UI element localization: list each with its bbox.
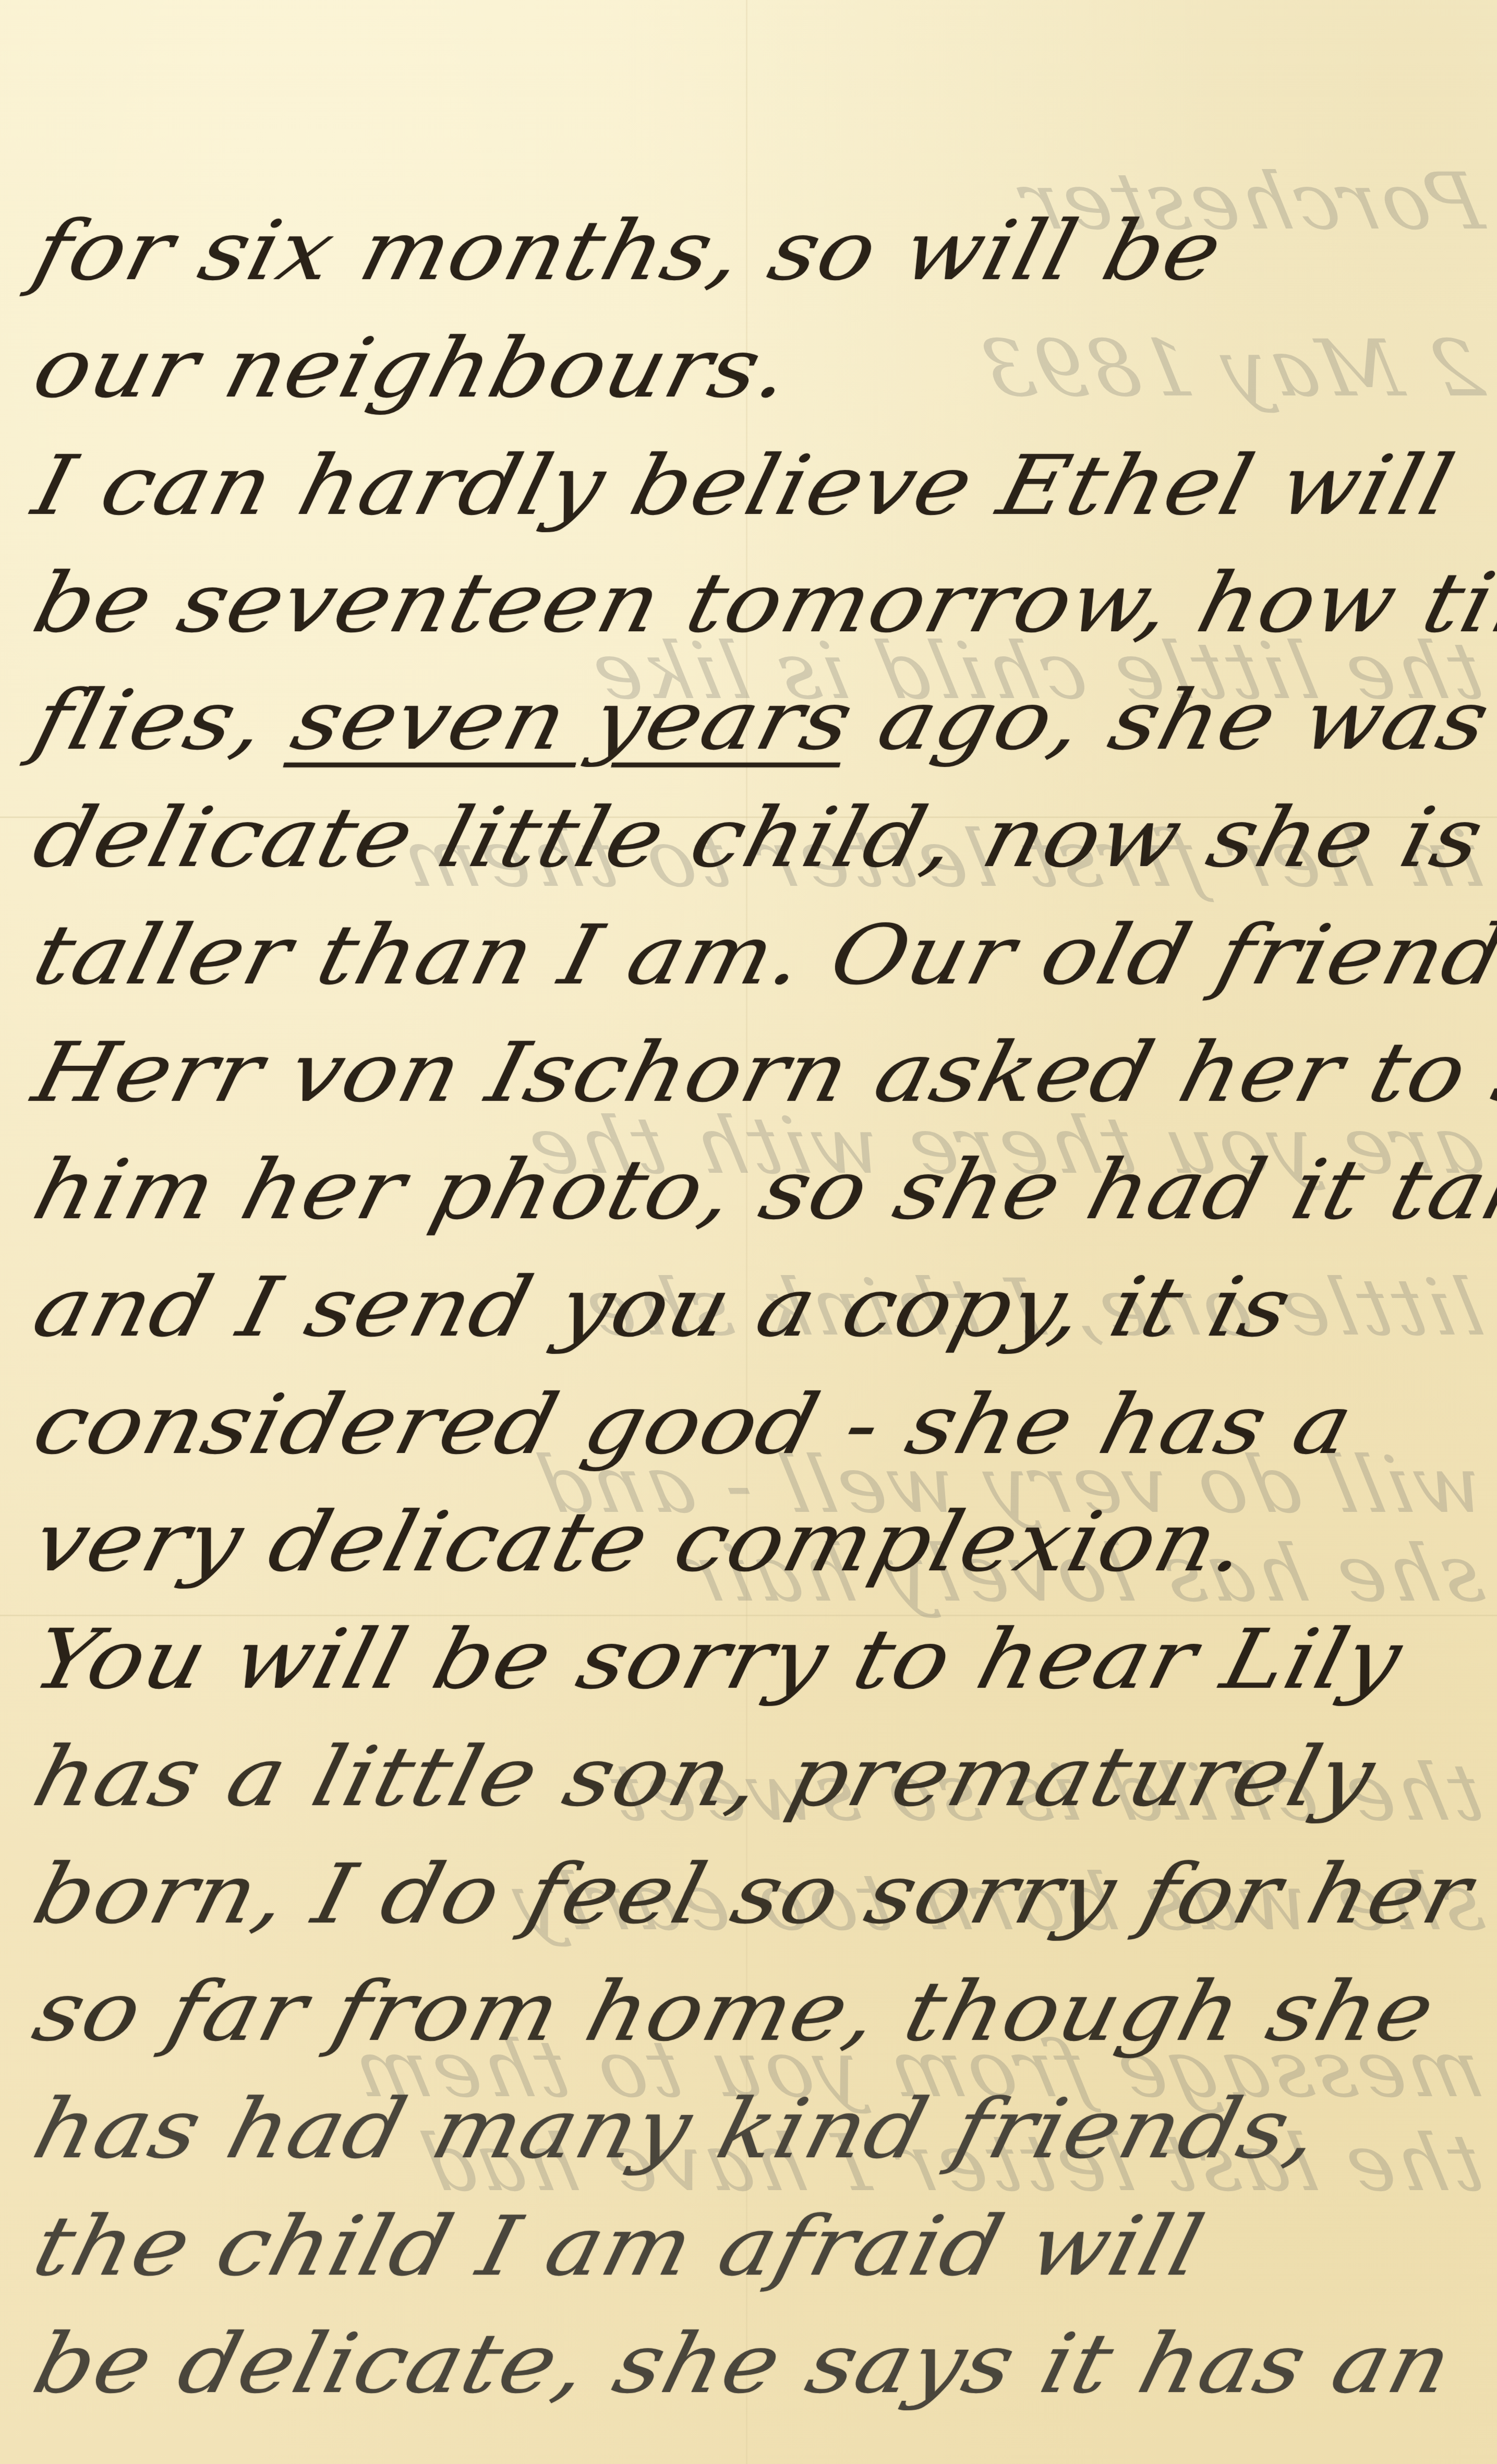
letter-line: and I send you a copy, it is xyxy=(26,1267,1496,1349)
letter-line: delicate little child, now she is xyxy=(26,797,1496,880)
letter-line: born, I do feel so sorry for her xyxy=(26,1854,1496,1936)
letter-line: has had many kind friends, xyxy=(26,2088,1496,2171)
letter-line: I can hardly believe Ethel will xyxy=(26,445,1496,527)
line-text: ago, she was a xyxy=(839,673,1497,768)
letter-line: be seventeen tomorrow, how time xyxy=(26,562,1496,645)
letter-line: very delicate complexion. xyxy=(26,1501,1496,1584)
letter-line: for six months, so will be xyxy=(26,210,1496,293)
letter-line: considered good - she has a xyxy=(26,1384,1496,1467)
letter-body: for six months, so will be our neighbour… xyxy=(0,0,1497,2464)
letter-line: our neighbours. xyxy=(26,328,1496,410)
underlined-phrase: seven years xyxy=(283,673,863,768)
letter-line: be delicate, she says it has an xyxy=(26,2323,1496,2406)
letter-line: has a little son, prematurely xyxy=(26,1736,1496,1819)
line-text: flies, xyxy=(25,673,307,768)
letter-line: taller than I am. Our old friend xyxy=(26,915,1496,997)
letter-line: Herr von Ischorn asked her to send xyxy=(26,1032,1496,1114)
letter-line: flies, seven years ago, she was a xyxy=(26,680,1496,762)
letter-line: him her photo, so she had it taken xyxy=(26,1149,1496,1232)
letter-line: You will be sorry to hear Lily xyxy=(26,1619,1496,1701)
letter-line: so far from home, though she xyxy=(26,1971,1496,2053)
letter-line: the child I am afraid will xyxy=(26,2206,1496,2288)
